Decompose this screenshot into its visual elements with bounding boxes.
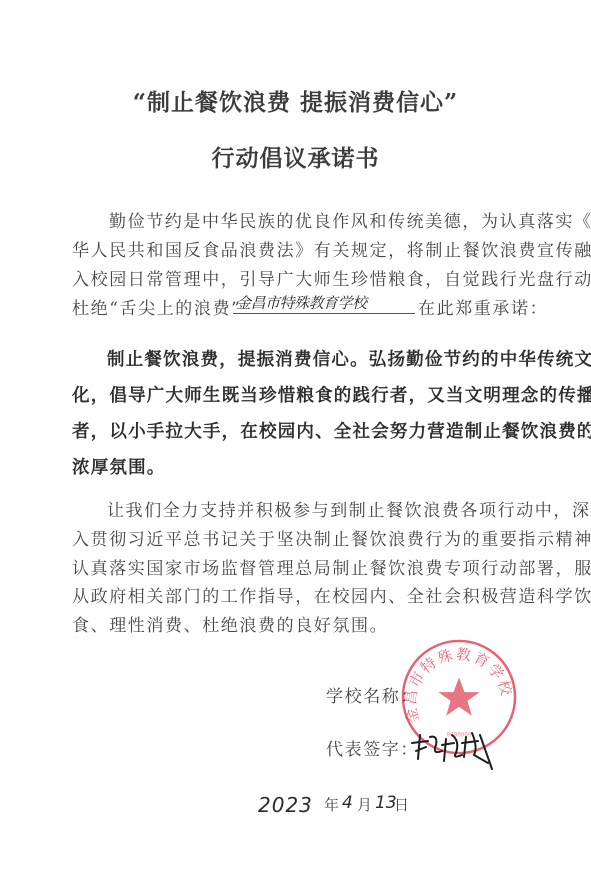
paragraph-2-line: 制止餐饮浪费，提振消费信心。弘扬勤俭节约的中华传统文 [107,346,591,371]
date-day-unit: 日 [394,794,411,815]
document-title-line1: “制止餐饮浪费 提振消费信心” [0,84,591,117]
date-year: 2023 [258,793,313,817]
paragraph-3-line: 入贯彻习近平总书记关于坚决制止餐饮浪费行为的重要指示精神， [72,525,591,550]
fill-in-underline [233,313,415,314]
paragraph-2-line: 化，倡导广大师生既当珍惜粮食的践行者，又当文明理念的传播 [72,382,591,407]
paragraph-1-line: 在此郑重承诺： [418,294,548,319]
date-month-unit: 月 [357,794,374,815]
date-year-unit: 年 [324,794,341,815]
paragraph-1-line: 华人民共和国反食品浪费法》有关规定，将制止餐饮浪费宣传融 [72,236,591,261]
paragraph-3-line: 让我们全力支持并积极参与到制止餐饮浪费各项行动中，深 [107,496,591,521]
paragraph-1-line: 勤俭节约是中华民族的优良作风和传统美德，为认真落实《中 [109,207,591,232]
paragraph-3-line: 从政府相关部门的工作指导，在校园内、全社会积极营造科学饮 [72,582,591,607]
date-month: 4 [342,793,353,813]
document-title-line2: 行动倡议承诺书 [0,140,591,173]
paragraph-3-line: 认真落实国家市场监督管理总局制止餐饮浪费专项行动部署，服 [72,554,591,579]
paragraph-1-line: 杜绝“舌尖上的浪费” [72,294,241,319]
handwritten-signature [408,725,498,770]
paragraph-1-line: 入校园日常管理中，引导广大师生珍惜粮食，自觉践行光盘行动， [72,265,591,290]
handwritten-school-name: 金昌市特殊教育学校 [236,292,367,313]
paragraph-2-line: 者，以小手拉大手，在校园内、全社会努力营造制止餐饮浪费的 [72,418,591,443]
school-name-label: 学校名称： [326,682,419,707]
paragraph-3-line: 食、理性消费、杜绝浪费的良好氛围。 [72,611,388,636]
representative-signature-label: 代表签字： [326,735,419,760]
paragraph-2-line: 浓厚氛围。 [72,454,166,479]
